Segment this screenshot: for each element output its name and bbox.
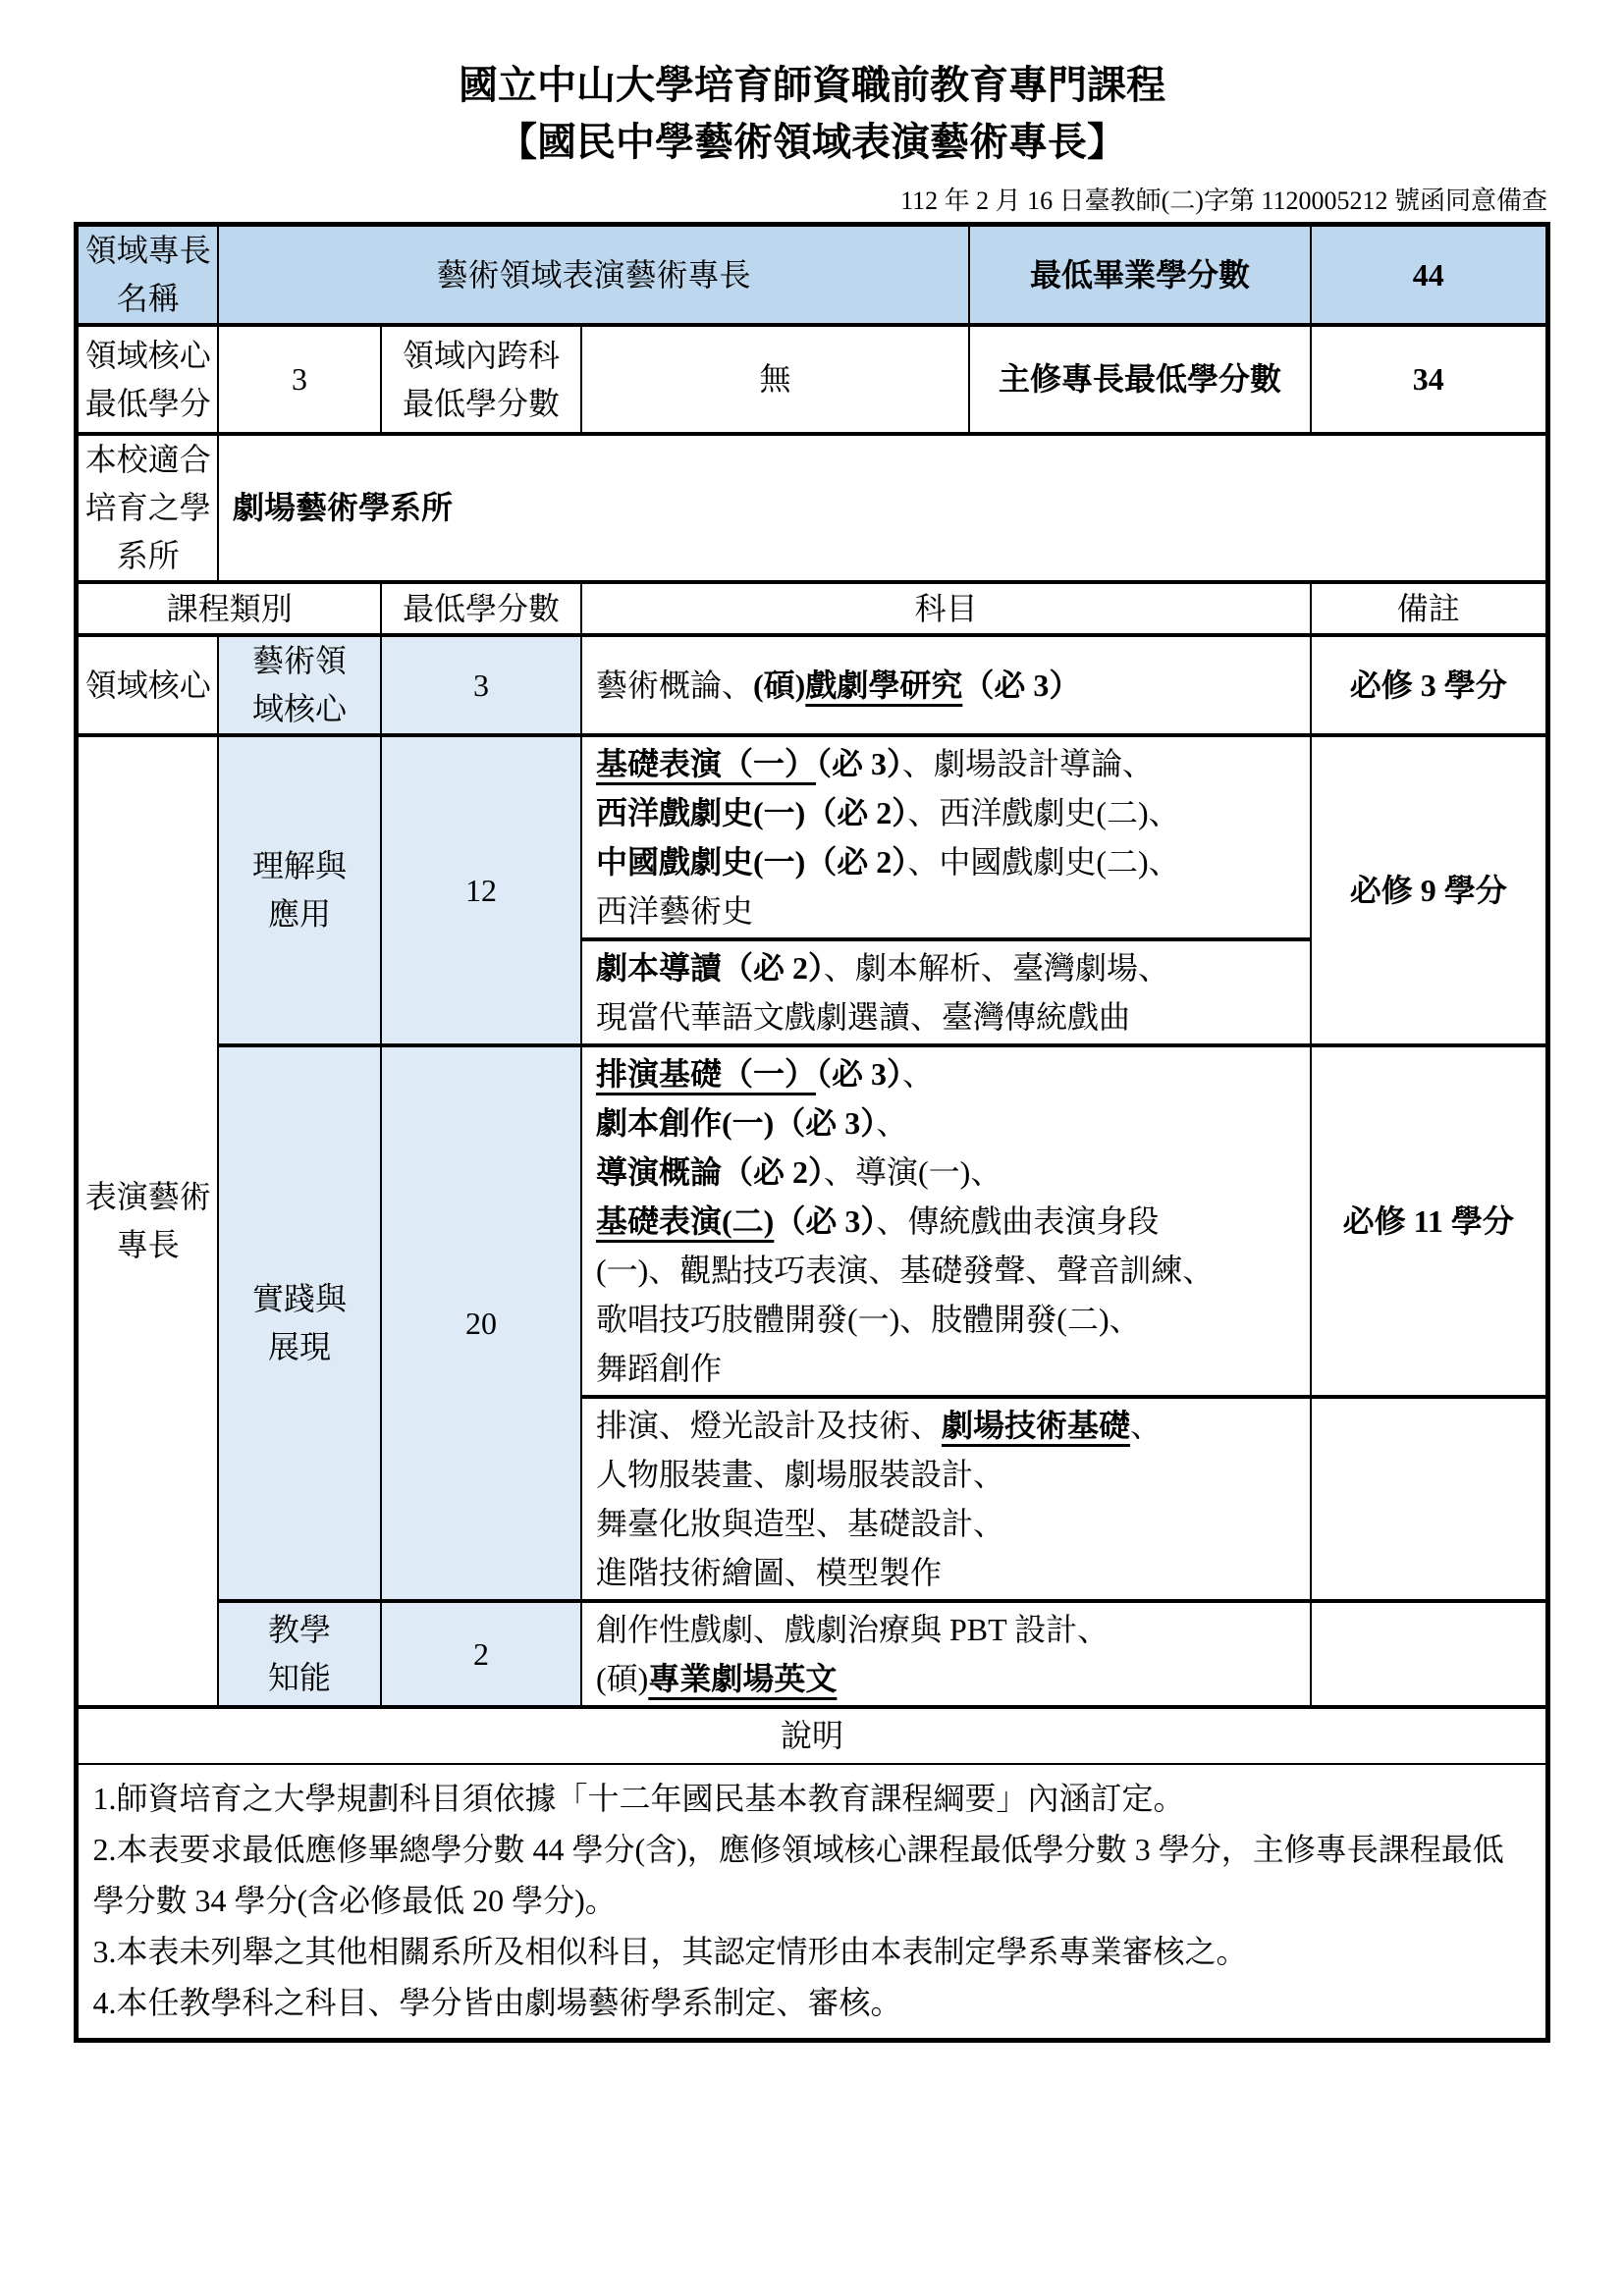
subject-line: 基礎表演（一）（必 3）、劇場設計導論、 [596, 739, 1300, 788]
row-understanding-a: 表演藝術 專長 理解與 應用 12 基礎表演（一）（必 3）、劇場設計導論、西洋… [77, 735, 1547, 939]
row-core-courses: 領域核心 藝術領 域核心 3 藝術概論、(碩)戲劇學研究（必 3） 必修 3 學… [77, 635, 1547, 735]
note-item: 3.本表未列舉之其他相關系所及相似科目，其認定情形由本表制定學系專業審核之。 [92, 1926, 1531, 1977]
notes-list: 1.師資培育之大學規劃科目須依據「十二年國民基本教育課程綱要」內涵訂定。2.本表… [77, 1764, 1547, 2041]
document-page: 國立中山大學培育師資職前教育專門課程 【國民中學藝術領域表演藝術專長】 112 … [0, 0, 1624, 2296]
practice-subjects-b: 排演、燈光設計及技術、劇場技術基礎、人物服裝畫、劇場服裝設計、舞臺化妝與造型、基… [581, 1397, 1311, 1601]
teaching-remark-empty [1311, 1601, 1547, 1707]
subject-line: 導演概論（必 2）、導演(一)、 [596, 1148, 1300, 1197]
core-category: 領域核心 [77, 635, 218, 735]
min-graduation-value: 44 [1311, 225, 1547, 326]
subject-line: 舞蹈創作 [596, 1344, 1300, 1393]
subject-line: 歌唱技巧肢體開發(一)、肢體開發(二)、 [596, 1295, 1300, 1344]
doc-subtitle: 【國民中學藝術領域表演藝術專長】 [0, 114, 1624, 171]
approval-note: 112 年 2 月 16 日臺教師(二)字第 1120005212 號函同意備查 [77, 187, 1547, 216]
understanding-subjects-a: 基礎表演（一）（必 3）、劇場設計導論、西洋戲劇史(一)（必 2）、西洋戲劇史(… [581, 735, 1311, 939]
practice-subcategory: 實踐與 展現 [218, 1045, 381, 1601]
min-graduation-label: 最低畢業學分數 [969, 225, 1311, 326]
core-min-value: 3 [218, 325, 381, 434]
subject-line: 劇本導讀（必 2）、劇本解析、臺灣劇場、 [596, 943, 1300, 992]
teaching-credits: 2 [381, 1601, 581, 1707]
subject-line: 進階技術繪圖、模型製作 [596, 1548, 1300, 1597]
subject-line: 劇本創作(一)（必 3）、 [596, 1098, 1300, 1148]
practice-credits: 20 [381, 1045, 581, 1601]
subject-line: 西洋戲劇史(一)（必 2）、西洋戲劇史(二)、 [596, 788, 1300, 837]
core-subjects: 藝術概論、(碩)戲劇學研究（必 3） [581, 635, 1311, 735]
major-min-value: 34 [1311, 325, 1547, 434]
subject-line: 舞臺化妝與造型、基礎設計、 [596, 1499, 1300, 1548]
dept-label: 本校適合 培育之學 系所 [77, 434, 218, 582]
field-name-value: 藝術領域表演藝術專長 [218, 225, 969, 326]
cross-subject-label: 領域內跨科 最低學分數 [381, 325, 581, 434]
header-category: 課程類別 [77, 582, 381, 635]
major-min-label: 主修專長最低學分數 [969, 325, 1311, 434]
teaching-subcategory: 教學 知能 [218, 1601, 381, 1707]
note-item: 1.師資培育之大學規劃科目須依據「十二年國民基本教育課程綱要」內涵訂定。 [92, 1773, 1531, 1824]
curriculum-table: 領域專長 名稱 藝術領域表演藝術專長 最低畢業學分數 44 領域核心 最低學分 … [74, 222, 1549, 2043]
notes-header: 說明 [77, 1707, 1547, 1764]
row-core-minimums: 領域核心 最低學分 3 領域內跨科 最低學分數 無 主修專長最低學分數 34 [77, 325, 1547, 434]
subject-line: 中國戲劇史(一)（必 2）、中國戲劇史(二)、 [596, 837, 1300, 886]
row-notes: 1.師資培育之大學規劃科目須依據「十二年國民基本教育課程綱要」內涵訂定。2.本表… [77, 1764, 1547, 2041]
specialty-label: 表演藝術 專長 [77, 735, 218, 1707]
understanding-remark: 必修 9 學分 [1311, 735, 1547, 1045]
cross-subject-value: 無 [581, 325, 969, 434]
subject-line: 基礎表演(二)（必 3）、傳統戲曲表演身段 [596, 1197, 1300, 1246]
subject-line: (碩)專業劇場英文 [596, 1654, 1300, 1703]
header-subjects: 科目 [581, 582, 1311, 635]
subject-line: 創作性戲劇、戲劇治療與 PBT 設計、 [596, 1605, 1300, 1654]
practice-subjects-a: 排演基礎（一）（必 3）、劇本創作(一)（必 3）、導演概論（必 2）、導演(一… [581, 1045, 1311, 1397]
subject-line: 排演基礎（一）（必 3）、 [596, 1049, 1300, 1098]
core-subcategory: 藝術領 域核心 [218, 635, 381, 735]
row-notes-header: 說明 [77, 1707, 1547, 1764]
header-remark: 備註 [1311, 582, 1547, 635]
subject-line: 人物服裝畫、劇場服裝設計、 [596, 1450, 1300, 1499]
row-practice-a: 實踐與 展現 20 排演基礎（一）（必 3）、劇本創作(一)（必 3）、導演概論… [77, 1045, 1547, 1397]
note-item: 2.本表要求最低應修畢總學分數 44 學分(含)，應修領域核心課程最低學分數 3… [92, 1824, 1531, 1926]
note-item: 4.本任教學科之科目、學分皆由劇場藝術學系制定、審核。 [92, 1977, 1531, 2028]
core-min-label: 領域核心 最低學分 [77, 325, 218, 434]
row-department: 本校適合 培育之學 系所 劇場藝術學系所 [77, 434, 1547, 582]
practice-remark: 必修 11 學分 [1311, 1045, 1547, 1397]
understanding-credits: 12 [381, 735, 581, 1045]
understanding-subcategory: 理解與 應用 [218, 735, 381, 1045]
subject-line: 現當代華語文戲劇選讀、臺灣傳統戲曲 [596, 992, 1300, 1041]
teaching-subjects: 創作性戲劇、戲劇治療與 PBT 設計、(碩)專業劇場英文 [581, 1601, 1311, 1707]
header-min-credits: 最低學分數 [381, 582, 581, 635]
core-credits: 3 [381, 635, 581, 735]
subject-line: (一)、觀點技巧表演、基礎發聲、聲音訓練、 [596, 1246, 1300, 1295]
dept-value: 劇場藝術學系所 [218, 434, 1547, 582]
doc-title: 國立中山大學培育師資職前教育專門課程 [0, 0, 1624, 114]
row-teaching: 教學 知能 2 創作性戲劇、戲劇治療與 PBT 設計、(碩)專業劇場英文 [77, 1601, 1547, 1707]
row-course-headers: 課程類別 最低學分數 科目 備註 [77, 582, 1547, 635]
understanding-subjects-b: 劇本導讀（必 2）、劇本解析、臺灣劇場、現當代華語文戲劇選讀、臺灣傳統戲曲 [581, 939, 1311, 1045]
subject-line: 西洋藝術史 [596, 886, 1300, 935]
practice-remark-empty [1311, 1397, 1547, 1601]
subject-line: 排演、燈光設計及技術、劇場技術基礎、 [596, 1401, 1300, 1450]
field-name-label: 領域專長 名稱 [77, 225, 218, 326]
subject-line: 藝術概論、(碩)戲劇學研究（必 3） [596, 661, 1300, 710]
row-field-name: 領域專長 名稱 藝術領域表演藝術專長 最低畢業學分數 44 [77, 225, 1547, 326]
core-remark: 必修 3 學分 [1311, 635, 1547, 735]
